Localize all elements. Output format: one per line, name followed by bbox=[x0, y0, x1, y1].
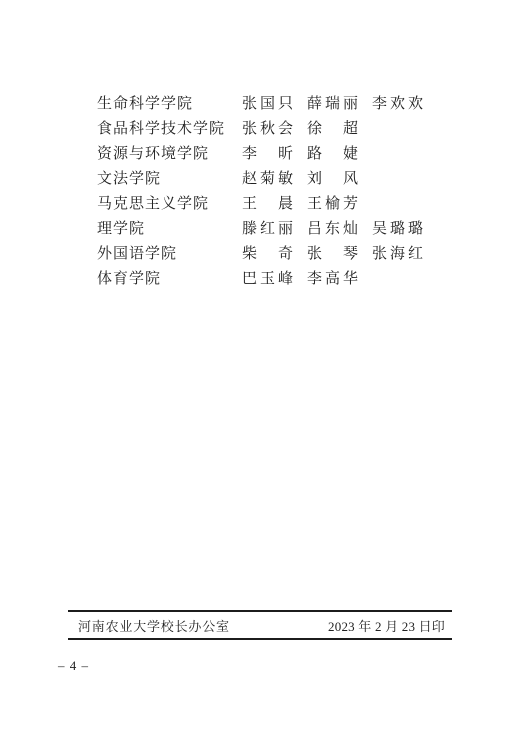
assignment-list: 生命科学学院张国只薛瑞丽李欢欢食品科学技术学院张秋会徐超资源与环境学院李昕路婕文… bbox=[97, 92, 437, 292]
name-list: 李昕路婕 bbox=[242, 142, 372, 167]
person-name: 李昕 bbox=[242, 142, 293, 167]
college-name: 理学院 bbox=[97, 217, 242, 242]
person-name: 张国只 bbox=[242, 92, 293, 117]
person-name: 路婕 bbox=[307, 142, 358, 167]
person-name: 张琴 bbox=[307, 242, 358, 267]
person-name: 王晨 bbox=[242, 192, 293, 217]
person-name: 刘风 bbox=[307, 167, 358, 192]
name-list: 柴奇张琴张海红 bbox=[242, 242, 437, 267]
person-name: 薛瑞丽 bbox=[307, 92, 358, 117]
page-number: – 4 – bbox=[58, 658, 89, 674]
person-name: 李欢欢 bbox=[372, 92, 423, 117]
person-name: 张海红 bbox=[372, 242, 423, 267]
table-row: 马克思主义学院王晨王榆芳 bbox=[97, 192, 437, 217]
name-list: 张秋会徐超 bbox=[242, 117, 372, 142]
name-list: 滕红丽吕东灿吴璐璐 bbox=[242, 217, 437, 242]
person-name: 柴奇 bbox=[242, 242, 293, 267]
table-row: 文法学院赵菊敏刘风 bbox=[97, 167, 437, 192]
college-name: 文法学院 bbox=[97, 167, 242, 192]
table-row: 资源与环境学院李昕路婕 bbox=[97, 142, 437, 167]
print-date: 2023 年 2 月 23 日印 bbox=[328, 616, 445, 635]
person-name: 徐超 bbox=[307, 117, 358, 142]
college-name: 资源与环境学院 bbox=[97, 142, 242, 167]
person-name: 吴璐璐 bbox=[372, 217, 423, 242]
college-name: 生命科学学院 bbox=[97, 92, 242, 117]
table-row: 体育学院巴玉峰李高华 bbox=[97, 267, 437, 292]
college-name: 外国语学院 bbox=[97, 242, 242, 267]
table-row: 生命科学学院张国只薛瑞丽李欢欢 bbox=[97, 92, 437, 117]
table-row: 外国语学院柴奇张琴张海红 bbox=[97, 242, 437, 267]
person-name: 张秋会 bbox=[242, 117, 293, 142]
table-row: 食品科学技术学院张秋会徐超 bbox=[97, 117, 437, 142]
name-list: 张国只薛瑞丽李欢欢 bbox=[242, 92, 437, 117]
footer-bar: 河南农业大学校长办公室 2023 年 2 月 23 日印 bbox=[68, 610, 452, 640]
person-name: 巴玉峰 bbox=[242, 267, 293, 292]
college-name: 马克思主义学院 bbox=[97, 192, 242, 217]
person-name: 赵菊敏 bbox=[242, 167, 293, 192]
document-page: 生命科学学院张国只薛瑞丽李欢欢食品科学技术学院张秋会徐超资源与环境学院李昕路婕文… bbox=[0, 0, 529, 745]
issuing-office: 河南农业大学校长办公室 bbox=[78, 616, 230, 635]
person-name: 吕东灿 bbox=[307, 217, 358, 242]
table-row: 理学院滕红丽吕东灿吴璐璐 bbox=[97, 217, 437, 242]
name-list: 巴玉峰李高华 bbox=[242, 267, 372, 292]
person-name: 滕红丽 bbox=[242, 217, 293, 242]
name-list: 赵菊敏刘风 bbox=[242, 167, 372, 192]
person-name: 王榆芳 bbox=[307, 192, 358, 217]
college-name: 食品科学技术学院 bbox=[97, 117, 242, 142]
name-list: 王晨王榆芳 bbox=[242, 192, 372, 217]
person-name: 李高华 bbox=[307, 267, 358, 292]
college-name: 体育学院 bbox=[97, 267, 242, 292]
